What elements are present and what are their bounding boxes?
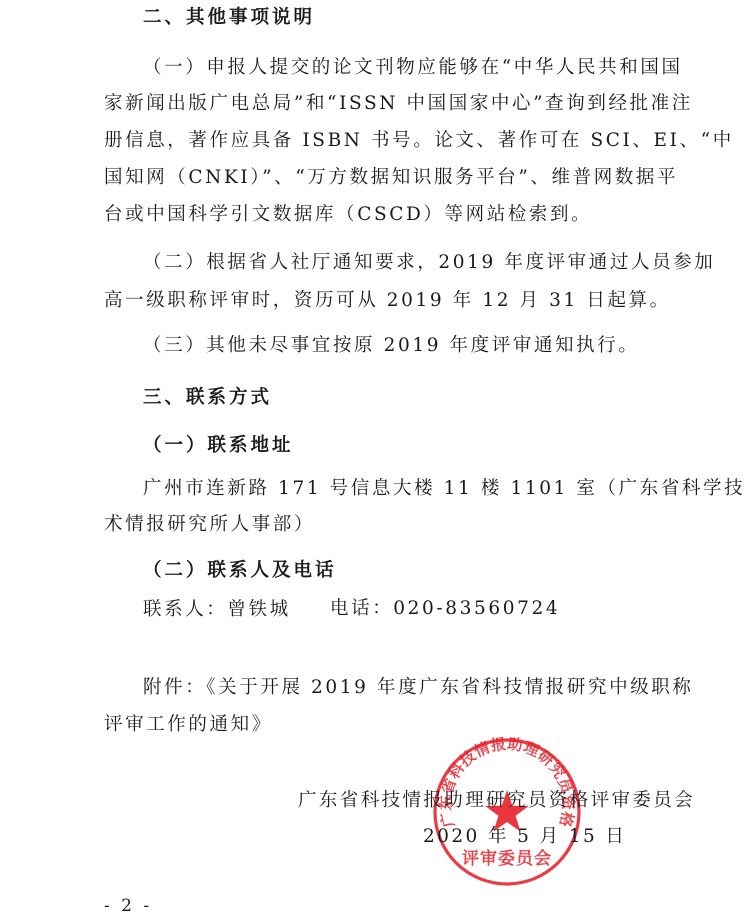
address-line: 术情报研究所人事部） bbox=[104, 513, 315, 537]
attachment-line: 附件：《关于开展 2019 年度广东省科技情报研究中级职称 bbox=[143, 676, 694, 700]
paragraph-line: （二）根据省人社厅通知要求，2019 年度评审通过人员参加 bbox=[143, 251, 715, 275]
section-heading-other-matters: 二、其他事项说明 bbox=[143, 6, 315, 30]
paragraph-line: （三）其他未尽事宜按原 2019 年度评审通知执行。 bbox=[143, 334, 639, 358]
page-number: - 2 - bbox=[104, 896, 152, 916]
paragraph-line: 家新闻出版广电总局”和“ISSN 中国国家中心”查询到经批准注 bbox=[104, 92, 693, 116]
paragraph-line: 台或中国科学引文数据库（CSCD）等网站检索到。 bbox=[104, 203, 592, 227]
subheading-address: （一）联系地址 bbox=[143, 434, 294, 458]
signature-organization: 广东省科技情报助理研究员资格评审委员会 bbox=[298, 789, 695, 813]
paragraph-line: 册信息，著作应具备 ISBN 书号。论文、著作可在 SCI、EI、“中 bbox=[104, 129, 734, 153]
contact-person: 联系人：曾铁城 bbox=[143, 598, 291, 622]
signature-date: 2020 年 5 月 15 日 bbox=[423, 825, 626, 849]
contact-phone: 电话：020-83560724 bbox=[330, 597, 560, 621]
paragraph-line: 高一级职称评审时，资历可从 2019 年 12 月 31 日起算。 bbox=[104, 289, 671, 313]
paragraph-line: 国知网（CNKI）”、“万方数据知识服务平台”、维普网数据平 bbox=[104, 166, 678, 190]
svg-text:评审委员会: 评审委员会 bbox=[462, 848, 552, 869]
attachment-line: 评审工作的通知》 bbox=[104, 713, 273, 737]
subheading-contact-person: （二）联系人及电话 bbox=[143, 559, 337, 583]
paragraph-line: （一）申报人提交的论文刊物应能够在“中华人民共和国国 bbox=[143, 56, 683, 80]
svg-text:广东省科技情报助理研究员资格: 广东省科技情报助理研究员资格 bbox=[437, 736, 578, 829]
section-heading-contact: 三、联系方式 bbox=[143, 386, 272, 410]
address-line: 广州市连新路 171 号信息大楼 11 楼 1101 室（广东省科学技 bbox=[143, 477, 745, 501]
